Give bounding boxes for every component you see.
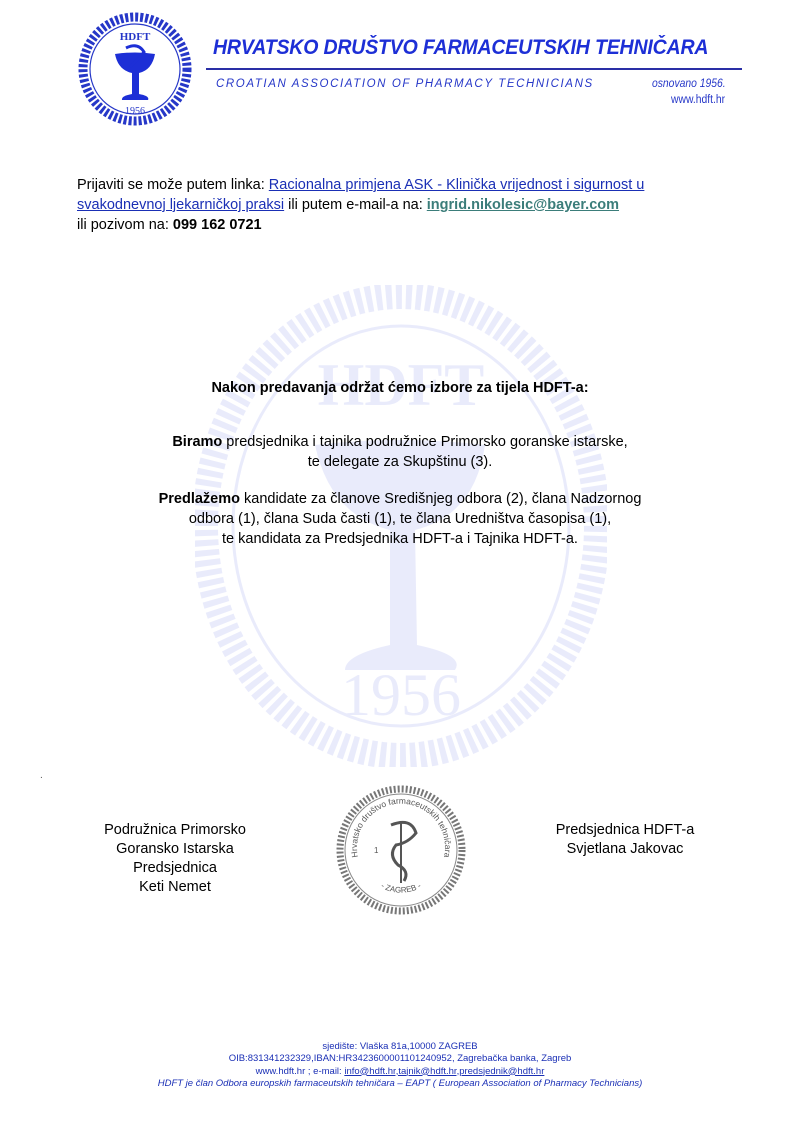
signature-line: Predsjednica: [55, 859, 295, 878]
founded-year: osnovano 1956.: [652, 78, 726, 90]
propose-line-2: odbora (1), člana Suda časti (1), te čla…: [0, 509, 800, 529]
propose-line-1: kandidate za članove Središnjeg odbora (…: [240, 491, 641, 507]
footer-email-links[interactable]: info@hdft.hr,tajnik@hdft.hr,predsjednik@…: [344, 1066, 544, 1077]
hdft-logo-icon: HDFT 1956: [78, 12, 192, 126]
signature-line: Podružnica Primorsko: [55, 821, 295, 840]
elect-line-2: te delegate za Skupštinu (3).: [0, 452, 800, 472]
signup-paragraph: Prijaviti se može putem linka: Racionaln…: [77, 175, 727, 235]
footer: sjedište: Vlaška 81a,10000 ZAGREB OIB:83…: [0, 1041, 800, 1090]
header-divider: [206, 68, 742, 70]
signature-line: Goransko Istarska: [55, 840, 295, 859]
elect-bold-word: Biramo: [172, 434, 222, 450]
signature-branch-president: Podružnica Primorsko Goransko Istarska P…: [55, 821, 295, 897]
svg-text:1956: 1956: [341, 662, 461, 728]
official-stamp-icon: Hrvatsko društvo farmaceutskih tehničara…: [336, 785, 466, 915]
signature-line: Keti Nemet: [55, 878, 295, 897]
contact-phone: 099 162 0721: [173, 217, 262, 233]
propose-line-3: te kandidata za Predsjednika HDFT-a i Ta…: [0, 529, 800, 549]
footer-contact: www.hdft.hr ; e-mail: info@hdft.hr,tajni…: [0, 1066, 800, 1078]
phone-prefix: ili pozivom na:: [77, 217, 173, 233]
contact-email-link[interactable]: ingrid.nikolesic@bayer.com: [427, 197, 619, 213]
svg-text:1: 1: [374, 846, 379, 855]
footer-bank-details: OIB:831341232329,IBAN:HR3423600001101240…: [0, 1053, 800, 1065]
signature-line: Svjetlana Jakovac: [505, 840, 745, 859]
signature-hdft-president: Predsjednica HDFT-a Svjetlana Jakovac: [505, 821, 745, 859]
header-website: www.hdft.hr: [671, 94, 725, 106]
signup-middle: ili putem e-mail-a na:: [284, 197, 427, 213]
organization-title: HRVATSKO DRUŠTVO FARMACEUTSKIH TEHNIČARA: [213, 36, 708, 60]
elections-heading: Nakon predavanja održat ćemo izbore za t…: [0, 380, 800, 396]
elect-line-1: predsjednika i tajnika podružnice Primor…: [222, 434, 627, 450]
footer-eapt-membership: HDFT je član Odbora europskih farmaceuts…: [0, 1078, 800, 1090]
elections-paragraph-propose: Predlažemo kandidate za članove Središnj…: [0, 489, 800, 549]
footer-address: sjedište: Vlaška 81a,10000 ZAGREB: [0, 1041, 800, 1053]
elections-paragraph-elect: Biramo predsjednika i tajnika podružnice…: [0, 432, 800, 472]
svg-text:1956: 1956: [125, 106, 145, 117]
stray-mark: .: [40, 770, 43, 781]
signature-line: Predsjednica HDFT-a: [505, 821, 745, 840]
signup-prefix: Prijaviti se može putem linka:: [77, 177, 269, 193]
organization-subtitle: CROATIAN ASSOCIATION OF PHARMACY TECHNIC…: [216, 78, 594, 90]
svg-text:HDFT: HDFT: [120, 31, 151, 43]
propose-bold-word: Predlažemo: [159, 491, 240, 507]
